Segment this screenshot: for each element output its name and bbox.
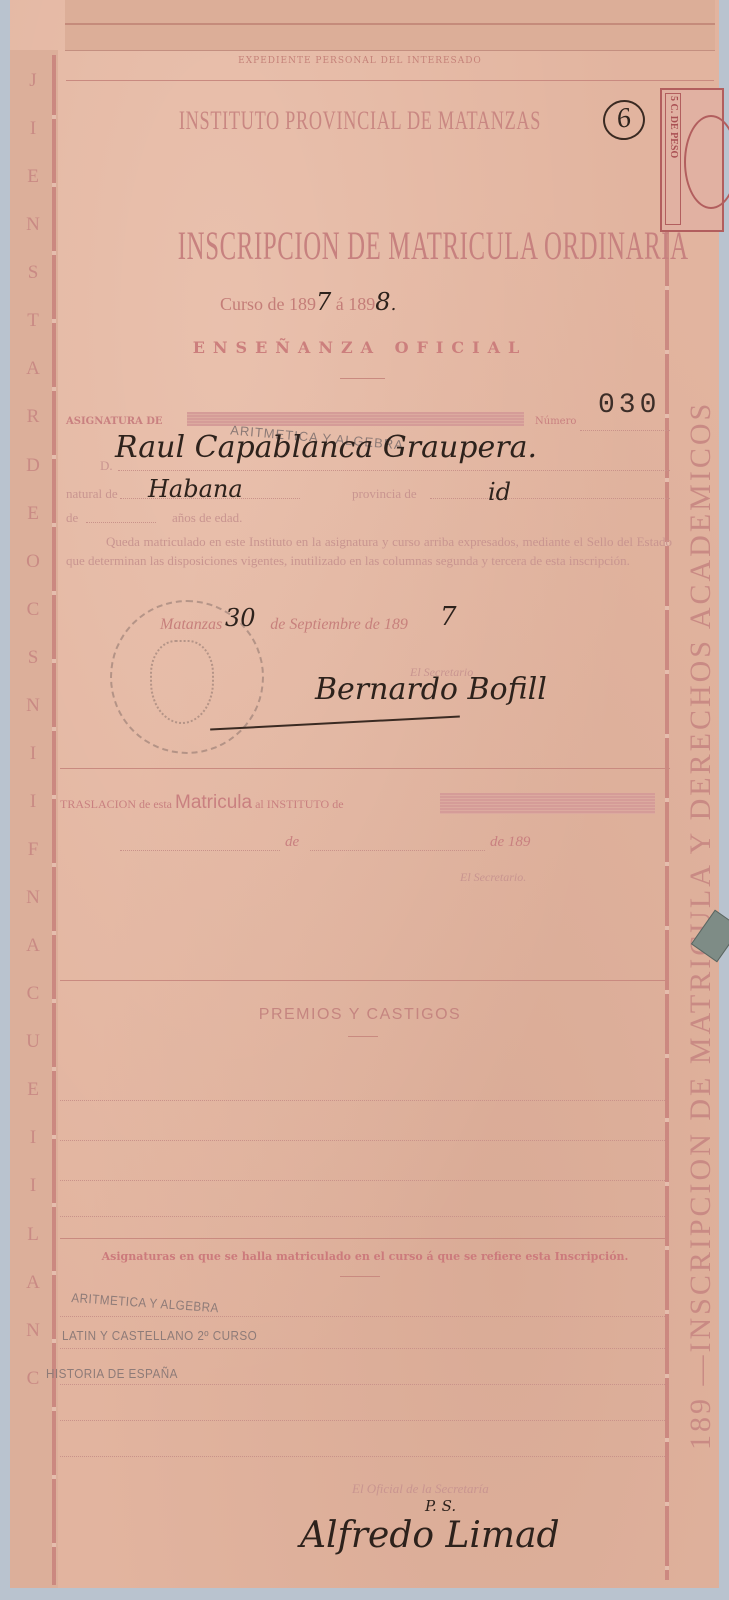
- enrollment-paragraph: Queda matriculado en este Instituto en l…: [66, 532, 672, 570]
- left-strip-letter: D: [26, 455, 40, 477]
- header-rule: [66, 80, 714, 81]
- asignatura-item-3: HISTORIA DE ESPAÑA: [46, 1366, 178, 1381]
- left-perforation-rule: [52, 55, 56, 1585]
- premios-y-castigos-heading: PREMIOS Y CASTIGOS: [60, 1006, 660, 1024]
- premios-line-3: [60, 1180, 665, 1181]
- oficial-ps: P. S.: [425, 1497, 456, 1515]
- premios-rule: [348, 1036, 378, 1037]
- left-strip-letter: E: [27, 503, 39, 525]
- left-strip-letter: I: [30, 1175, 36, 1197]
- institute-name: INSTITUTO PROVINCIAL DE MATANZAS: [150, 106, 570, 136]
- asignaturas-title-rule: [340, 1276, 380, 1277]
- left-strip-vertical-text: JIENSTARDEOCSNIIFNACUEIILANC: [18, 70, 48, 1390]
- left-strip-letter: N: [26, 214, 40, 236]
- left-strip-letter: T: [27, 310, 39, 332]
- left-strip-letter: E: [27, 1079, 39, 1101]
- traslacion-field-bar: [440, 793, 655, 814]
- traslacion-line: TRASLACION de esta Matricula al INSTITUT…: [60, 792, 344, 814]
- left-strip-letter: C: [27, 599, 40, 621]
- natural-value: Habana: [148, 475, 243, 503]
- traslacion-w5: al: [255, 797, 264, 811]
- left-strip-letter: I: [30, 743, 36, 765]
- traslacion-w7: de: [332, 797, 343, 811]
- name-dotted-line: [118, 470, 670, 471]
- asig-line-2: [60, 1348, 665, 1349]
- left-strip-letter: E: [27, 166, 39, 188]
- asig-line-4: [60, 1420, 665, 1421]
- oficial-signature: Alfredo Limad: [300, 1515, 560, 1556]
- stamp-band: 5 C. DE PESO: [665, 93, 681, 225]
- left-strip-letter: O: [26, 551, 40, 573]
- provincia-value: id: [488, 478, 511, 506]
- d-prefix: D.: [100, 458, 113, 474]
- section-rule-2: [60, 980, 665, 981]
- header-expediente: EXPEDIENTE PERSONAL DEL INTERESADO: [60, 56, 660, 66]
- top-flap: [65, 0, 715, 51]
- curso-middle: á 189: [336, 294, 376, 314]
- left-strip-letter: A: [26, 1272, 40, 1294]
- left-strip-letter: J: [29, 70, 36, 92]
- left-strip-letter: N: [26, 695, 40, 717]
- date-day: 30: [225, 604, 256, 632]
- provincia-dotted-line: [430, 498, 670, 499]
- asig-line-3: [60, 1384, 665, 1385]
- flourish-divider: [340, 378, 385, 379]
- traslacion-w4: Matricula: [175, 792, 252, 813]
- date-line: Matanzas de Septiembre de 189: [160, 616, 408, 634]
- left-strip-letter: A: [26, 358, 40, 380]
- left-strip-letter: C: [27, 1368, 40, 1390]
- left-strip-letter: I: [30, 118, 36, 140]
- trasl-secretario: El Secretario.: [460, 870, 526, 885]
- left-strip-letter: R: [27, 406, 40, 428]
- trasl-dotted-2: [310, 850, 485, 851]
- left-strip-letter: I: [30, 1127, 36, 1149]
- date-year-digit: 7: [440, 602, 457, 632]
- trasl-dotted-1: [120, 850, 280, 851]
- date-place: Matanzas: [160, 616, 222, 633]
- asignatura-label: ASIGNATURA DE: [66, 416, 163, 427]
- stamp-denomination: 5 C. DE PESO: [668, 96, 679, 158]
- numero-label: Número: [535, 416, 576, 427]
- left-strip-letter: S: [28, 262, 39, 284]
- student-name: Raul Capablanca Graupera.: [115, 430, 537, 465]
- left-strip-letter: L: [27, 1224, 39, 1246]
- left-strip-letter: N: [26, 887, 40, 909]
- numero-dotted-line: [580, 430, 670, 431]
- ensenanza-oficial: ENSEÑANZA OFICIAL: [60, 338, 660, 357]
- edad-label: años de edad.: [172, 510, 242, 526]
- trasl-de-2: de 189: [490, 834, 530, 851]
- curso-start-digit: 7: [316, 288, 331, 316]
- premios-line-4: [60, 1216, 665, 1217]
- section-rule-3: [60, 1238, 665, 1239]
- left-strip-letter: N: [26, 1320, 40, 1342]
- form-title: INSCRIPCION DE MATRICULA ORDINARIA: [178, 222, 562, 269]
- secretario-signature: Bernardo Bofill: [315, 672, 547, 707]
- asignaturas-list-title: Asignaturas en que se halla matriculado …: [60, 1250, 670, 1263]
- trasl-de-1: de: [285, 834, 299, 851]
- traslacion-w3: esta: [153, 797, 172, 811]
- asignatura-item-2: LATIN Y CASTELLANO 2º CURSO: [62, 1328, 257, 1343]
- curso-prefix: Curso de 189: [220, 294, 316, 314]
- left-strip-letter: F: [28, 839, 39, 861]
- seal-coat-of-arms-icon: [150, 640, 214, 724]
- provincia-label: provincia de: [352, 486, 417, 502]
- left-strip-letter: A: [26, 935, 40, 957]
- right-strip-vertical-text: 189 —INSCRIPCION DE MATRICULA Y DERECHOS…: [684, 750, 718, 1450]
- date-month: de Septiembre de 189: [270, 616, 408, 633]
- left-strip-letter: U: [26, 1031, 40, 1053]
- premios-line-2: [60, 1140, 665, 1141]
- oficial-label: El Oficial de la Secretaría: [352, 1481, 489, 1497]
- natural-label: natural de: [66, 486, 118, 502]
- asig-line-1: [60, 1316, 665, 1317]
- right-perforation-rule: [665, 230, 669, 1580]
- curso-end-digit: 8: [375, 288, 390, 316]
- section-rule-1: [60, 768, 670, 769]
- premios-line-1: [60, 1100, 665, 1101]
- fold-line: [65, 23, 715, 25]
- traslacion-w6: INSTITUTO: [267, 797, 329, 811]
- left-strip-letter: C: [27, 983, 40, 1005]
- left-strip-letter: I: [30, 791, 36, 813]
- curso-line: Curso de 1897 á 1898.: [220, 288, 396, 316]
- edad-dotted-line: [86, 522, 156, 523]
- numero-value: 030: [598, 390, 660, 421]
- traslacion-w2: de: [139, 797, 150, 811]
- traslacion-w1: TRASLACION: [60, 797, 136, 811]
- left-strip-letter: S: [28, 647, 39, 669]
- asig-line-5: [60, 1456, 665, 1457]
- de-label: de: [66, 510, 78, 526]
- curso-suffix: .: [391, 294, 397, 315]
- revenue-stamp: 5 C. DE PESO: [660, 88, 724, 232]
- stamp-emblem-icon: [684, 115, 729, 209]
